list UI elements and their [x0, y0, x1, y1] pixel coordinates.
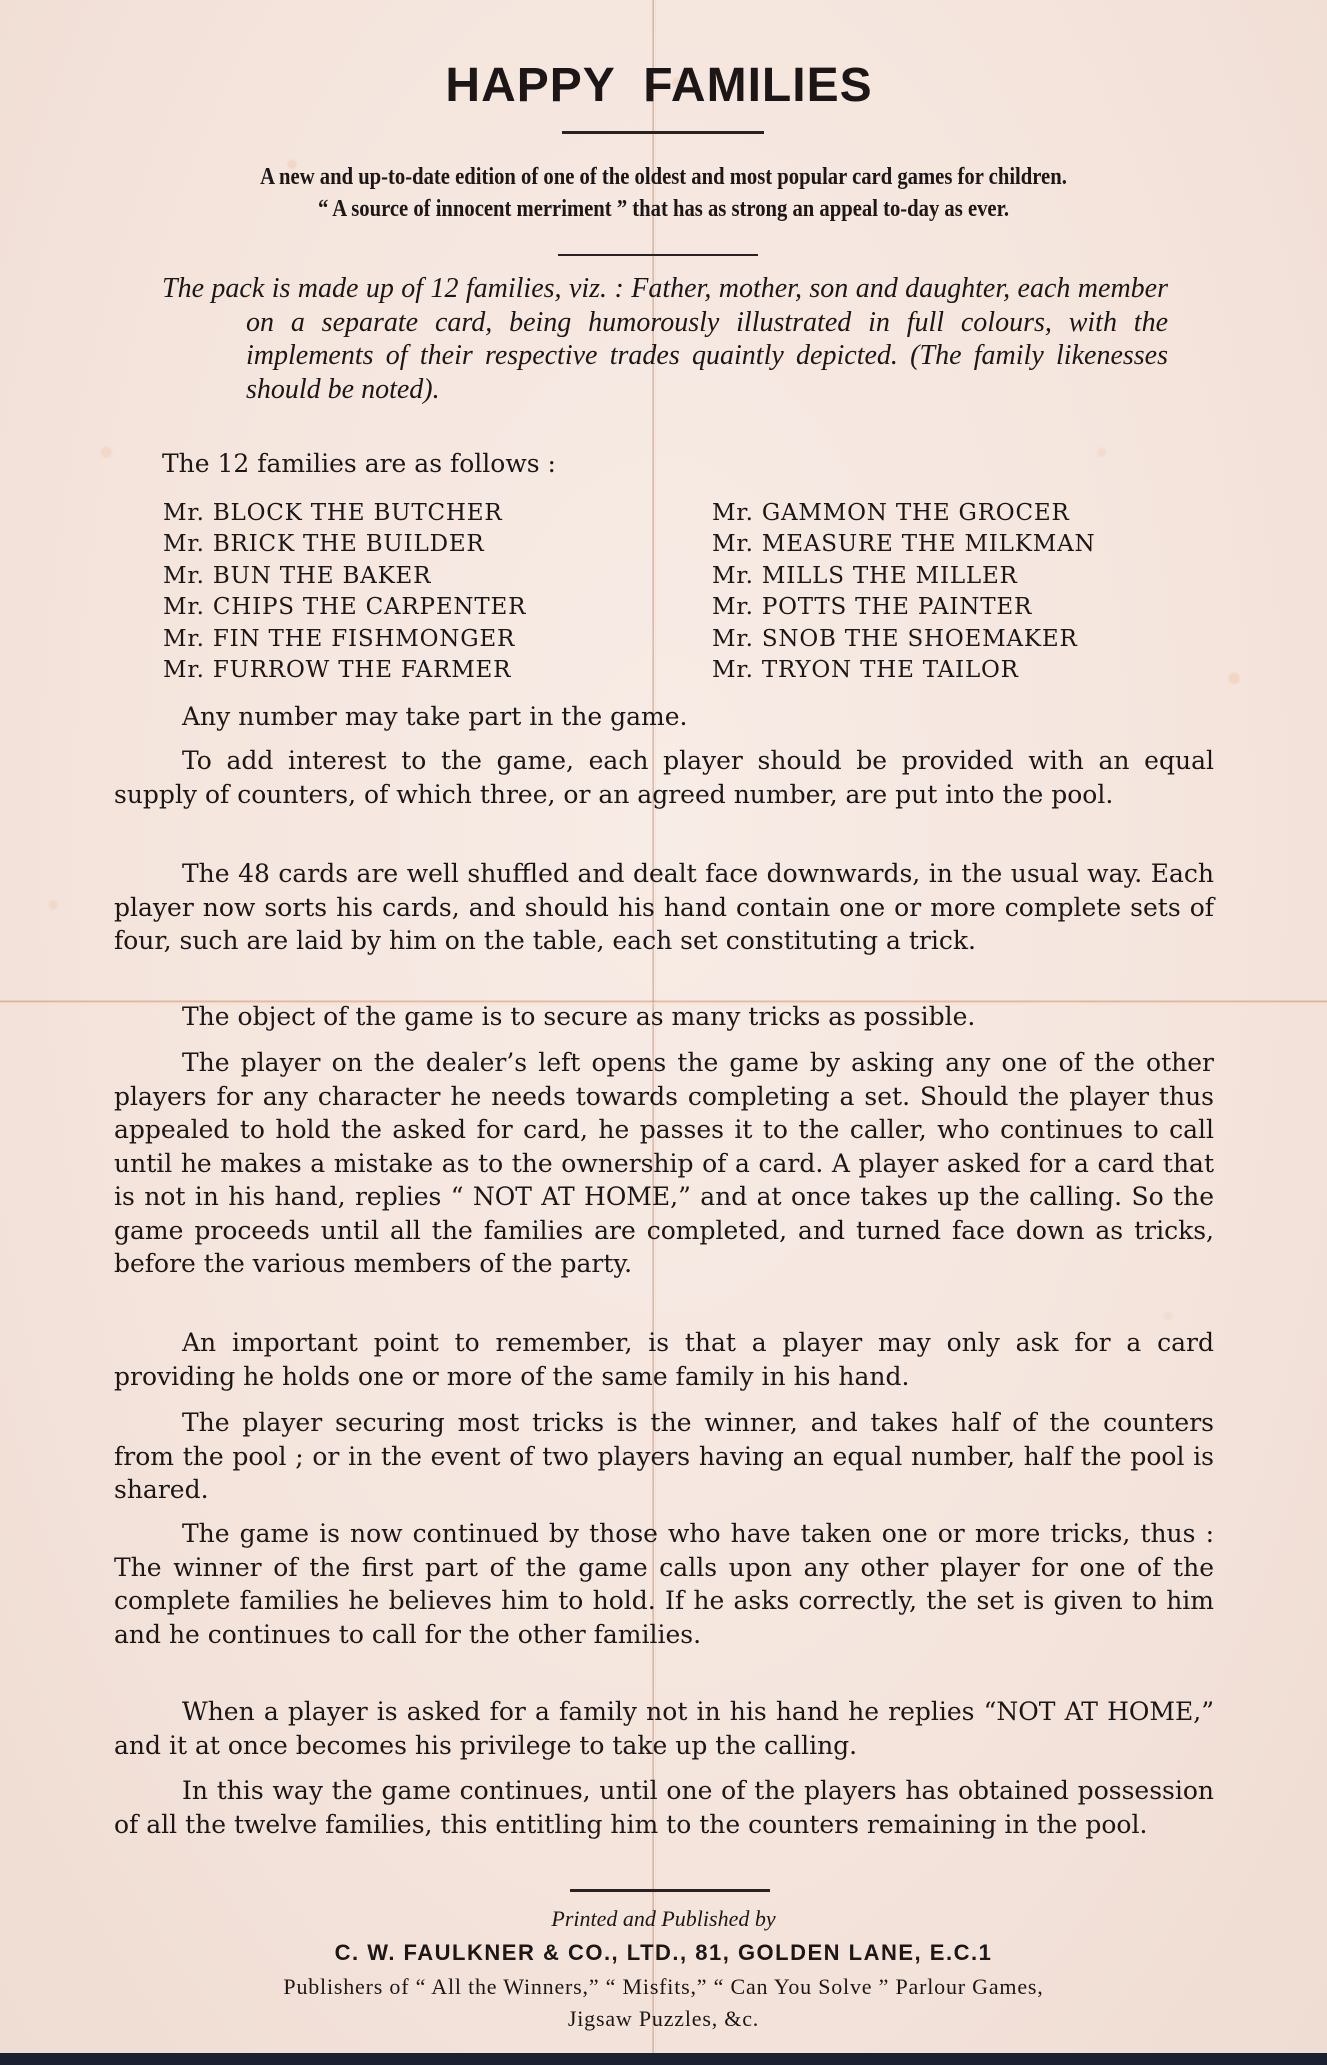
- intro-divider: [558, 254, 758, 256]
- background-edge: [0, 2053, 1327, 2065]
- family-item: Mr. BUN THE BAKER: [163, 561, 526, 592]
- family-item: Mr. BRICK THE BUILDER: [163, 529, 526, 560]
- rule-paragraph: The 48 cards are well shuffled and dealt…: [114, 857, 1214, 958]
- families-list-left: Mr. BLOCK THE BUTCHER Mr. BRICK THE BUIL…: [163, 498, 526, 686]
- family-item: Mr. FIN THE FISHMONGER: [163, 624, 526, 655]
- intro-line-2: “ A source of innocent merriment ” that …: [93, 196, 1234, 223]
- rule-paragraph: To add interest to the game, each player…: [114, 744, 1214, 811]
- rule-paragraph: The object of the game is to secure as m…: [114, 1000, 1214, 1034]
- rule-paragraph: The player securing most tricks is the w…: [114, 1406, 1214, 1507]
- family-item: Mr. POTTS THE PAINTER: [712, 592, 1095, 623]
- family-item: Mr. MILLS THE MILLER: [712, 561, 1095, 592]
- rule-paragraph: The player on the dealer’s left opens th…: [114, 1046, 1214, 1281]
- pack-description: The pack is made up of 12 families, viz.…: [162, 272, 1168, 406]
- rule-paragraph: Any number may take part in the game.: [114, 700, 1214, 734]
- rule-paragraph: When a player is asked for a family not …: [114, 1695, 1214, 1762]
- family-item: Mr. SNOB THE SHOEMAKER: [712, 624, 1095, 655]
- document-sheet: HAPPY FAMILIES A new and up-to-date edit…: [0, 0, 1327, 2056]
- rule-paragraph: In this way the game continues, until on…: [114, 1774, 1214, 1841]
- publishers-of-line-1: Publishers of “ All the Winners,” “ Misf…: [0, 1974, 1327, 2000]
- rule-paragraph: An important point to remember, is that …: [114, 1326, 1214, 1393]
- family-item: Mr. BLOCK THE BUTCHER: [163, 498, 526, 529]
- family-item: Mr. TRYON THE TAILOR: [712, 655, 1095, 686]
- family-item: Mr. FURROW THE FARMER: [163, 655, 526, 686]
- publishers-of-line-2: Jigsaw Puzzles, &c.: [0, 2006, 1327, 2032]
- publisher-name: C. W. FAULKNER & CO., LTD., 81, GOLDEN L…: [0, 1940, 1327, 1966]
- family-item: Mr. GAMMON THE GROCER: [712, 498, 1095, 529]
- family-item: Mr. MEASURE THE MILKMAN: [712, 529, 1095, 560]
- intro-line-1: A new and up-to-date edition of one of t…: [93, 164, 1234, 191]
- footer-divider: [570, 1889, 770, 1892]
- rule-paragraph: The game is now continued by those who h…: [114, 1517, 1214, 1651]
- printed-by: Printed and Published by: [0, 1906, 1327, 1932]
- document-title: HAPPY FAMILIES: [0, 58, 1318, 113]
- family-item: Mr. CHIPS THE CARPENTER: [163, 592, 526, 623]
- title-divider: [562, 131, 764, 134]
- families-heading: The 12 families are as follows :: [162, 449, 556, 478]
- families-list-right: Mr. GAMMON THE GROCER Mr. MEASURE THE MI…: [712, 498, 1095, 686]
